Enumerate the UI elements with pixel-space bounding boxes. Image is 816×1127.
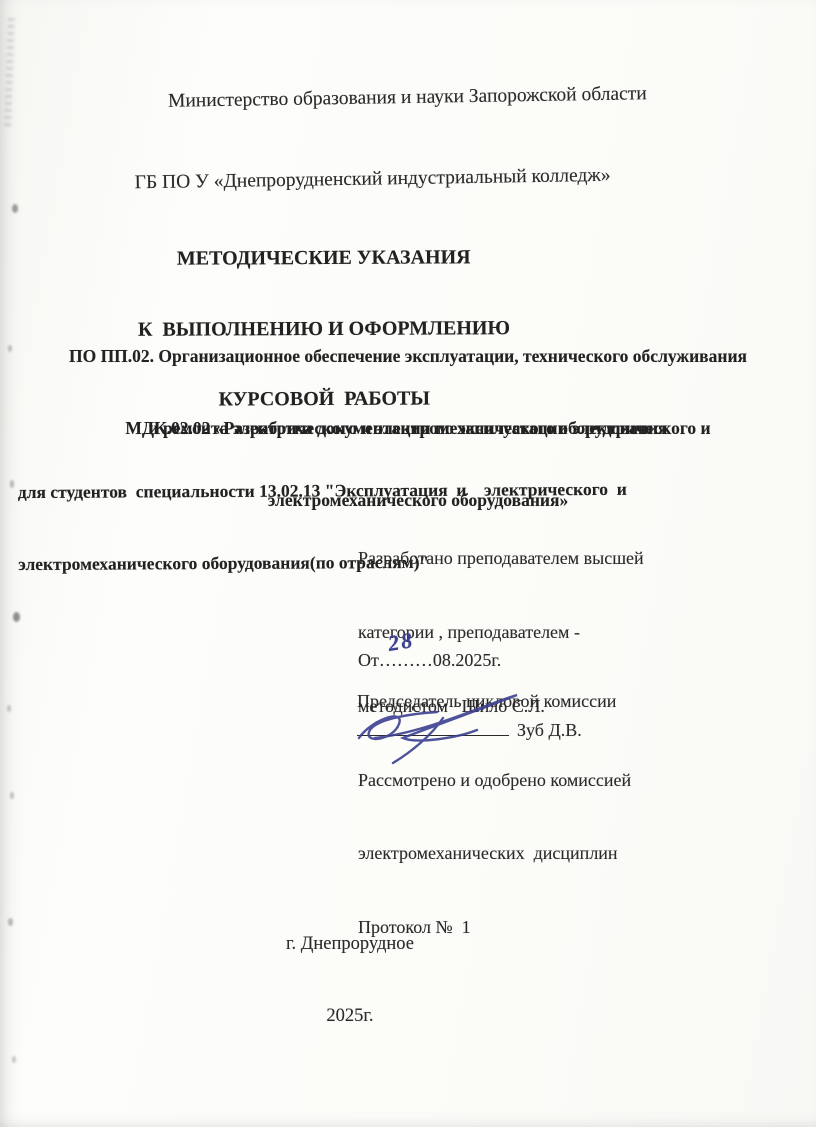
footer-year: 2025г. (0, 1004, 700, 1028)
date-suffix: 08.2025г. (433, 650, 501, 670)
protocol-date-line: От………08.2025г. (358, 650, 501, 671)
college-line: ГБ ПО У «Днепрорудненский индустриальный… (0, 159, 781, 199)
footer: г. Днепрорудное 2025г. (0, 884, 700, 1076)
program-line-1: ПО ПП.02. Организационное обеспечение эк… (4, 344, 812, 368)
footer-city: г. Днепрорудное (0, 932, 700, 956)
approval-line-4: Рассмотрено и одобрено комиссией (358, 768, 788, 793)
scan-speck (7, 705, 11, 712)
date-prefix: От (358, 650, 379, 670)
approval-line-1: Разработано преподавателем высшей (358, 546, 788, 571)
approval-line-5: электромеханических дисциплин (358, 841, 788, 866)
ministry-line: Министерство образования и науки Запорож… (0, 78, 816, 118)
approval-line-2: категории , преподавателем - (358, 620, 788, 645)
pen-signature-icon (345, 686, 585, 771)
scanned-title-page: Министерство образования и науки Запорож… (0, 0, 816, 1127)
title-line-1: МЕТОДИЧЕСКИЕ УКАЗАНИЯ (0, 246, 648, 272)
handwritten-day-number: 28 (386, 627, 416, 657)
scan-speck (10, 792, 14, 799)
